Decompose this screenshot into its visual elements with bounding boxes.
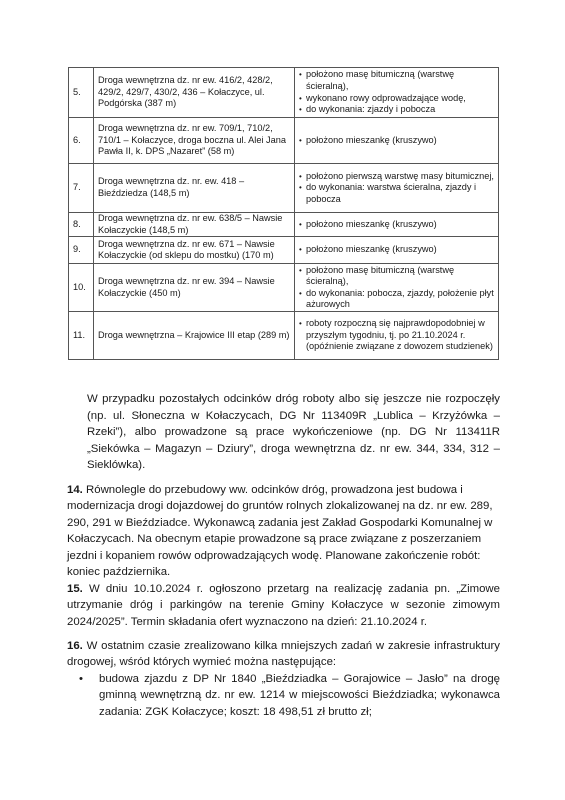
row-number: 9. bbox=[69, 237, 94, 264]
table-row: 7. Droga wewnętrzna dz. nr. ew. 418 – Bi… bbox=[69, 164, 499, 213]
table-row: 9. Droga wewnętrzna dz. nr ew. 671 – Naw… bbox=[69, 237, 499, 264]
status-item: położono pierwszą warstwę masy bitumiczn… bbox=[299, 171, 494, 183]
paragraph-intro: 16. W ostatnim czasie zrealizowano kilka… bbox=[67, 638, 500, 671]
row-number: 7. bbox=[69, 164, 94, 213]
work-status: położono masę bitumiczną (warstwę ściera… bbox=[295, 264, 499, 312]
paragraph-number: 14. bbox=[67, 484, 83, 496]
row-number: 11. bbox=[69, 312, 94, 360]
row-number: 6. bbox=[69, 118, 94, 164]
table-row: 5. Droga wewnętrzna dz. nr ew. 416/2, 42… bbox=[69, 68, 499, 118]
paragraph-remaining-roads: W przypadku pozostałych odcinków dróg ro… bbox=[87, 391, 500, 474]
work-status: położono masę bitumiczną (warstwę ściera… bbox=[295, 68, 499, 118]
status-item: położono mieszankę (kruszywo) bbox=[299, 244, 494, 256]
status-list: położono mieszankę (kruszywo) bbox=[299, 244, 494, 256]
work-status: położono pierwszą warstwę masy bitumiczn… bbox=[295, 164, 499, 213]
status-item: położono masę bitumiczną (warstwę ściera… bbox=[299, 69, 494, 92]
road-description: Droga wewnętrzna dz. nr ew. 638/5 – Naws… bbox=[94, 213, 295, 237]
road-description: Droga wewnętrzna dz. nr ew. 394 – Nawsie… bbox=[94, 264, 295, 312]
row-number: 10. bbox=[69, 264, 94, 312]
table-row: 6. Droga wewnętrzna dz. nr ew. 709/1, 71… bbox=[69, 118, 499, 164]
paragraph-text: Równolegle do przebudowy ww. odcinków dr… bbox=[67, 484, 493, 578]
status-list: roboty rozpoczną się najprawdopodobniej … bbox=[299, 318, 494, 353]
table-row: 11. Droga wewnętrzna – Krajowice III eta… bbox=[69, 312, 499, 360]
paragraph-text: W dniu 10.10.2024 r. ogłoszono przetarg … bbox=[67, 583, 500, 628]
paragraph-14: 14. Równolegle do przebudowy ww. odcinkó… bbox=[67, 482, 507, 580]
status-item: położono masę bitumiczną (warstwę ściera… bbox=[299, 265, 494, 288]
table-row: 8. Droga wewnętrzna dz. nr ew. 638/5 – N… bbox=[69, 213, 499, 237]
status-list: położono masę bitumiczną (warstwę ściera… bbox=[299, 265, 494, 311]
status-list: położono masę bitumiczną (warstwę ściera… bbox=[299, 69, 494, 115]
work-status: położono mieszankę (kruszywo) bbox=[295, 118, 499, 164]
road-description: Droga wewnętrzna dz. nr ew. 416/2, 428/2… bbox=[94, 68, 295, 118]
status-item: do wykonania: warstwa ścieralna, zjazdy … bbox=[299, 182, 494, 205]
status-list: położono pierwszą warstwę masy bitumiczn… bbox=[299, 171, 494, 206]
paragraph-text: W ostatnim czasie zrealizowano kilka mni… bbox=[67, 640, 500, 668]
road-description: Droga wewnętrzna – Krajowice III etap (2… bbox=[94, 312, 295, 360]
task-list: budowa zjazdu z DP Nr 1840 „Bieździadka … bbox=[67, 671, 500, 720]
status-item: położono mieszankę (kruszywo) bbox=[299, 219, 494, 231]
list-item: budowa zjazdu z DP Nr 1840 „Bieździadka … bbox=[99, 671, 500, 720]
row-number: 5. bbox=[69, 68, 94, 118]
road-description: Droga wewnętrzna dz. nr ew. 671 – Nawsie… bbox=[94, 237, 295, 264]
status-item: roboty rozpoczną się najprawdopodobniej … bbox=[299, 318, 494, 353]
road-description: Droga wewnętrzna dz. nr. ew. 418 – Bieźd… bbox=[94, 164, 295, 213]
road-works-table: 5. Droga wewnętrzna dz. nr ew. 416/2, 42… bbox=[68, 67, 499, 360]
work-status: położono mieszankę (kruszywo) bbox=[295, 237, 499, 264]
status-list: położono mieszankę (kruszywo) bbox=[299, 219, 494, 231]
road-description: Droga wewnętrzna dz. nr ew. 709/1, 710/2… bbox=[94, 118, 295, 164]
paragraph-number: 16. bbox=[67, 640, 83, 652]
work-status: położono mieszankę (kruszywo) bbox=[295, 213, 499, 237]
paragraph-16: 16. W ostatnim czasie zrealizowano kilka… bbox=[67, 638, 500, 720]
table-row: 10. Droga wewnętrzna dz. nr ew. 394 – Na… bbox=[69, 264, 499, 312]
status-item: położono mieszankę (kruszywo) bbox=[299, 135, 494, 147]
work-status: roboty rozpoczną się najprawdopodobniej … bbox=[295, 312, 499, 360]
status-item: wykonano rowy odprowadzające wodę, bbox=[299, 93, 494, 105]
status-item: do wykonania: pobocza, zjazdy, położenie… bbox=[299, 288, 494, 311]
paragraph-15: 15. W dniu 10.10.2024 r. ogłoszono przet… bbox=[67, 581, 500, 630]
row-number: 8. bbox=[69, 213, 94, 237]
document-page: 5. Droga wewnętrzna dz. nr ew. 416/2, 42… bbox=[0, 0, 565, 800]
status-list: położono mieszankę (kruszywo) bbox=[299, 135, 494, 147]
status-item: do wykonania: zjazdy i pobocza bbox=[299, 104, 494, 116]
paragraph-number: 15. bbox=[67, 583, 83, 595]
